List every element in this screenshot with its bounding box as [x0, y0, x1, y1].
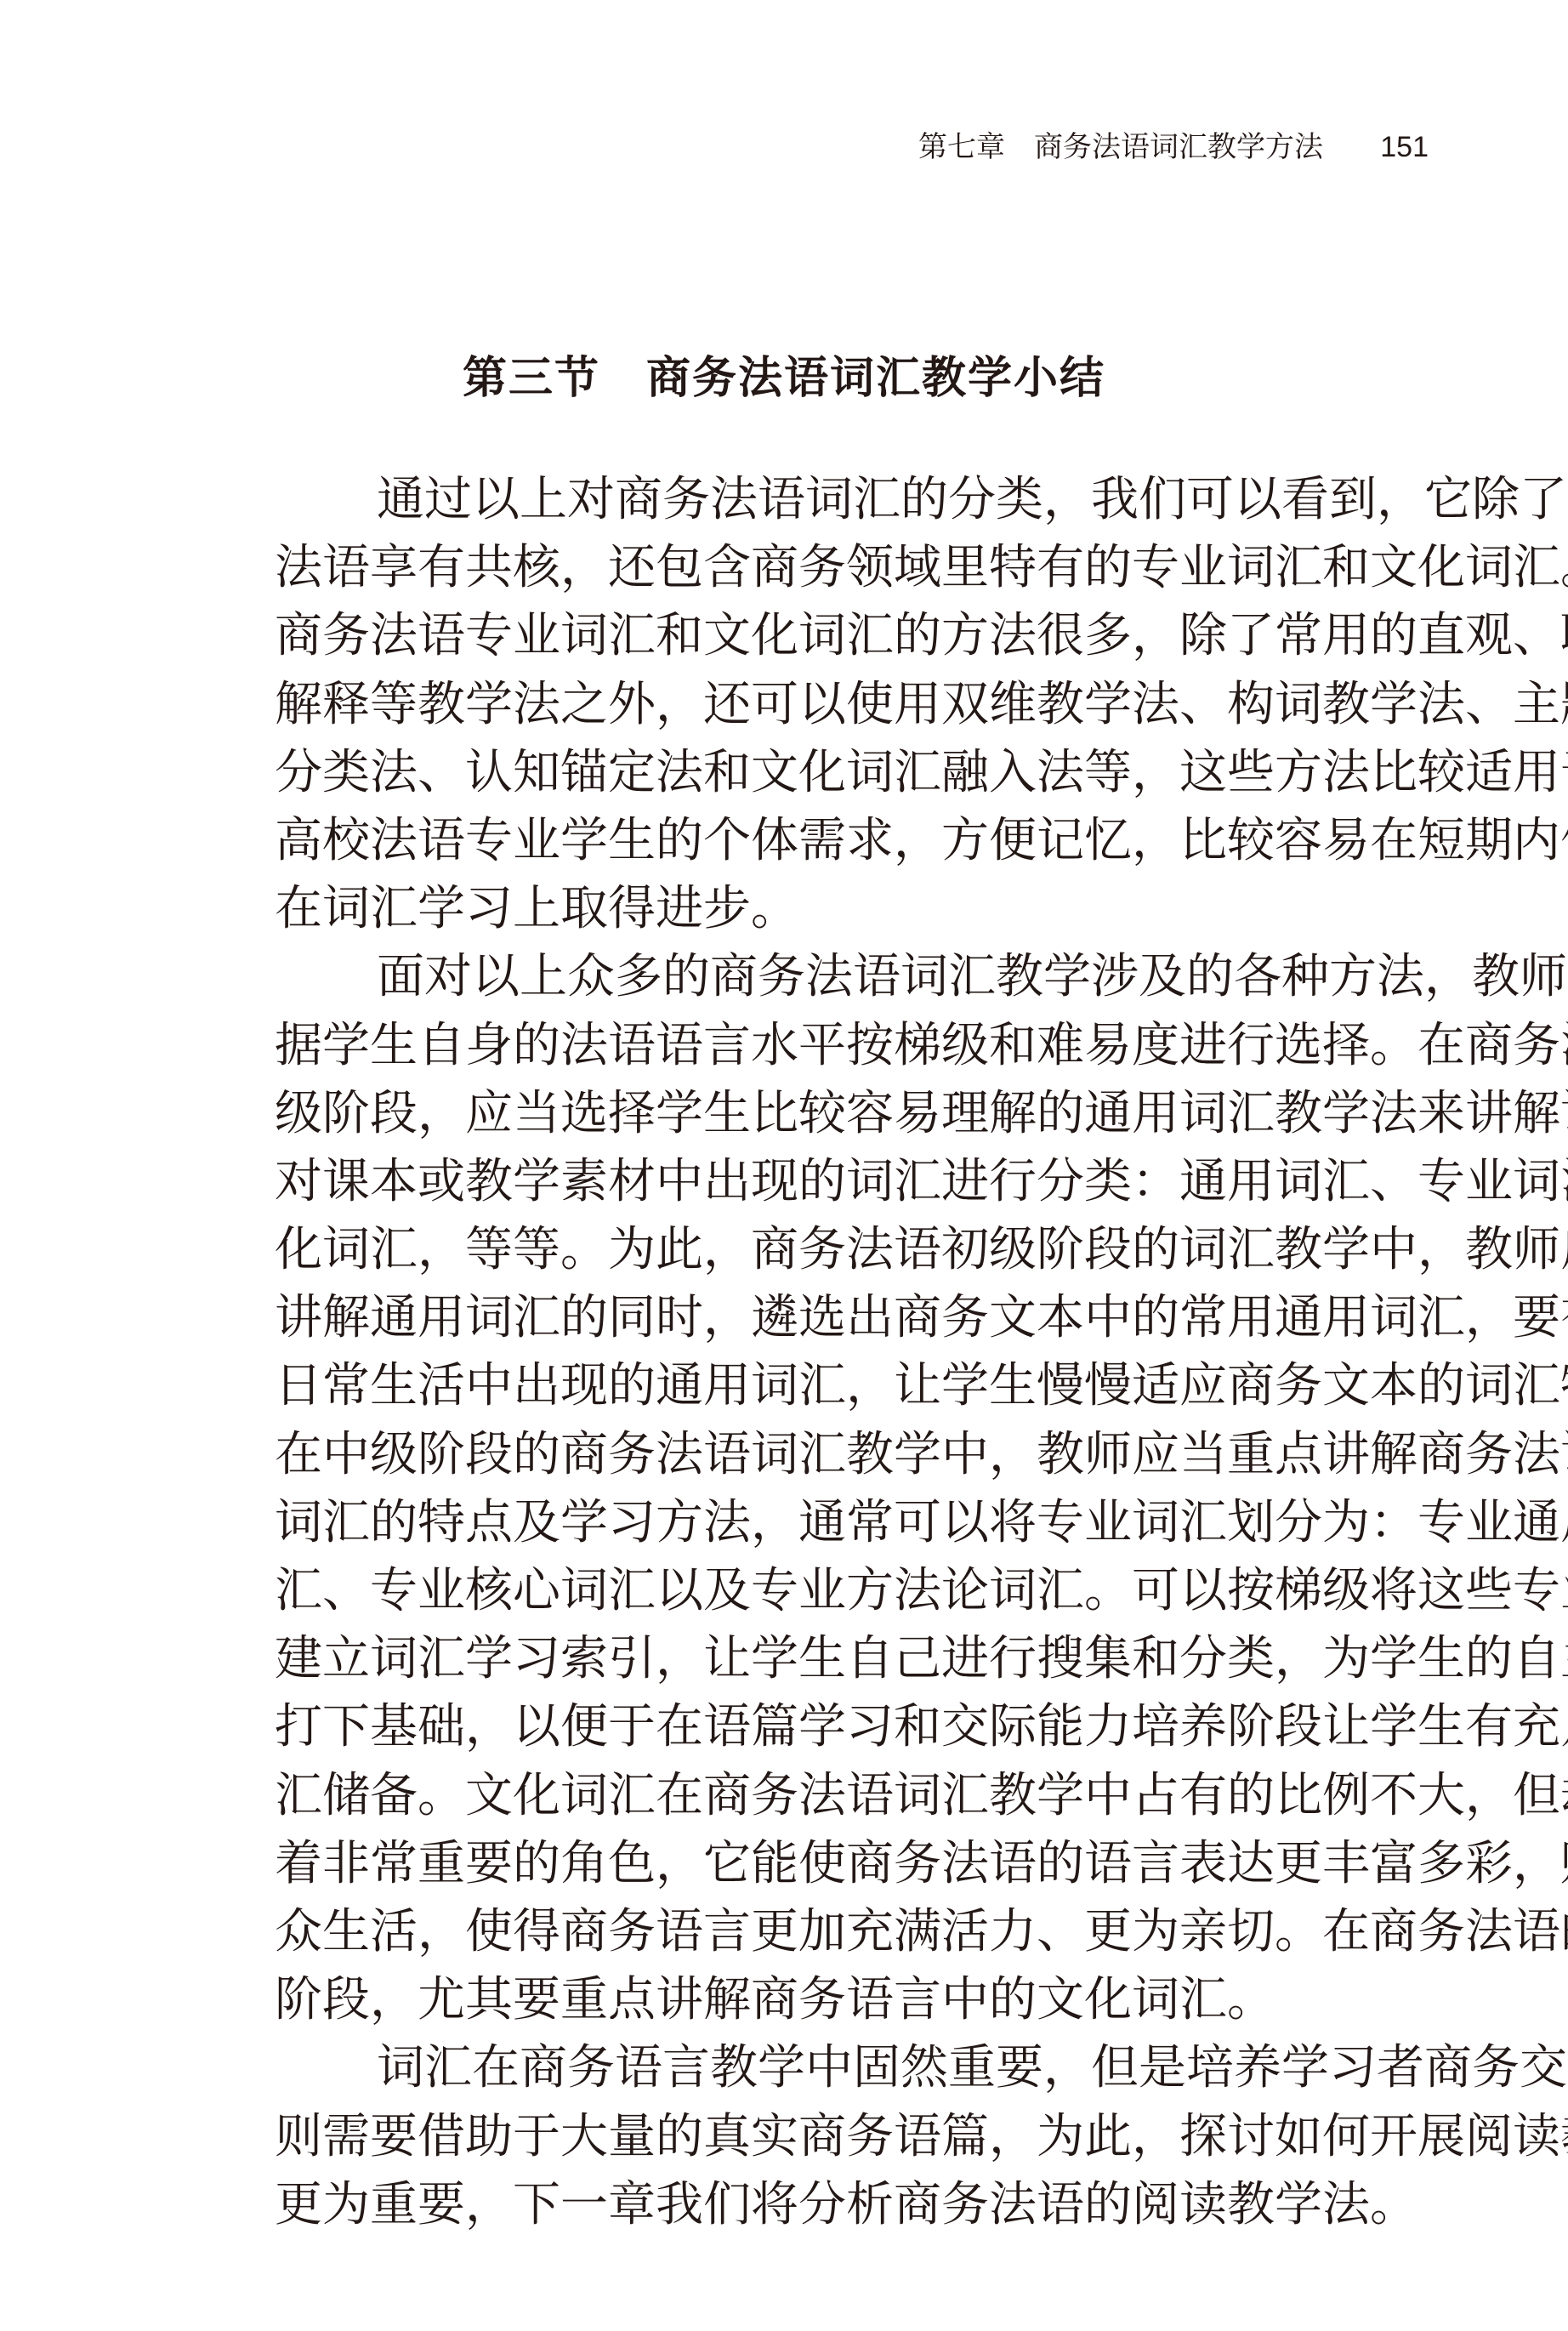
text-line: 据学生自身的法语语言水平按梯级和难易度进行选择。在商务法语初	[275, 1012, 1348, 1080]
text-line: 对课本或教学素材中出现的词汇进行分类：通用词汇、专业词汇、文	[275, 1148, 1348, 1216]
text-line: 级阶段，应当选择学生比较容易理解的通用词汇教学法来讲解词汇，	[275, 1080, 1348, 1148]
text-line: 分类法、认知锚定法和文化词汇融入法等，这些方法比较适用于中国	[275, 739, 1348, 807]
text-line: 词汇的特点及学习方法，通常可以将专业词汇划分为：专业通用词	[275, 1489, 1348, 1557]
text-line: 更为重要，下一章我们将分析商务法语的阅读教学法。	[275, 2171, 1348, 2239]
page-number: 151	[1380, 126, 1429, 168]
running-header: 第七章 商务法语词汇教学方法 151	[918, 126, 1429, 168]
text-line: 建立词汇学习索引，让学生自己进行搜集和分类，为学生的自主学习	[275, 1625, 1348, 1693]
text-line: 在词汇学习上取得进步。	[275, 875, 1348, 943]
chapter-title: 第七章 商务法语词汇教学方法	[918, 126, 1323, 168]
paragraph-3: 词汇在商务语言教学中固然重要，但是培养学习者商务交际能力 则需要借助于大量的真实…	[275, 2034, 1348, 2239]
text-line: 打下基础，以便于在语篇学习和交际能力培养阶段让学生有充足的词	[275, 1693, 1348, 1761]
text-line: 汇、专业核心词汇以及专业方法论词汇。可以按梯级将这些专业词汇	[275, 1557, 1348, 1625]
text-line: 高校法语专业学生的个体需求，方便记忆，比较容易在短期内使他们	[275, 807, 1348, 875]
text-line: 商务法语专业词汇和文化词汇的方法很多，除了常用的直观、联想、	[275, 602, 1348, 670]
text-line: 着非常重要的角色，它能使商务法语的语言表达更丰富多彩，贴近大	[275, 1830, 1348, 1898]
text-line: 汇储备。文化词汇在商务法语词汇教学中占有的比例不大，但却扮演	[275, 1762, 1348, 1830]
text-line: 法语享有共核，还包含商务领域里特有的专业词汇和文化词汇。教授	[275, 534, 1348, 602]
paragraph-2: 面对以上众多的商务法语词汇教学涉及的各种方法，教师可以根 据学生自身的法语语言水…	[275, 943, 1348, 2034]
section-title: 第三节 商务法语词汇教学小结	[0, 344, 1568, 412]
text-line: 众生活，使得商务语言更加充满活力、更为亲切。在商务法语的高级	[275, 1898, 1348, 1966]
text-line: 阶段，尤其要重点讲解商务语言中的文化词汇。	[275, 1966, 1348, 2034]
text-line: 日常生活中出现的通用词汇，让学生慢慢适应商务文本的词汇特点。	[275, 1352, 1348, 1420]
text-line: 讲解通用词汇的同时，遴选出商务文本中的常用通用词汇，要有别于	[275, 1284, 1348, 1352]
text-line: 词汇在商务语言教学中固然重要，但是培养学习者商务交际能力	[275, 2034, 1348, 2102]
text-line: 则需要借助于大量的真实商务语篇，为此，探讨如何开展阅读教学则	[275, 2103, 1348, 2171]
paragraph-1: 通过以上对商务法语词汇的分类，我们可以看到，它除了与通用 法语享有共核，还包含商…	[275, 466, 1348, 943]
body-text: 通过以上对商务法语词汇的分类，我们可以看到，它除了与通用 法语享有共核，还包含商…	[275, 466, 1348, 2239]
text-line: 解释等教学法之外，还可以使用双维教学法、构词教学法、主题知识	[275, 671, 1348, 739]
text-line: 化词汇，等等。为此，商务法语初级阶段的词汇教学中，教师应当在	[275, 1216, 1348, 1284]
text-line: 面对以上众多的商务法语词汇教学涉及的各种方法，教师可以根	[275, 943, 1348, 1011]
text-line: 在中级阶段的商务法语词汇教学中，教师应当重点讲解商务法语专业	[275, 1421, 1348, 1489]
text-line: 通过以上对商务法语词汇的分类，我们可以看到，它除了与通用	[275, 466, 1348, 534]
